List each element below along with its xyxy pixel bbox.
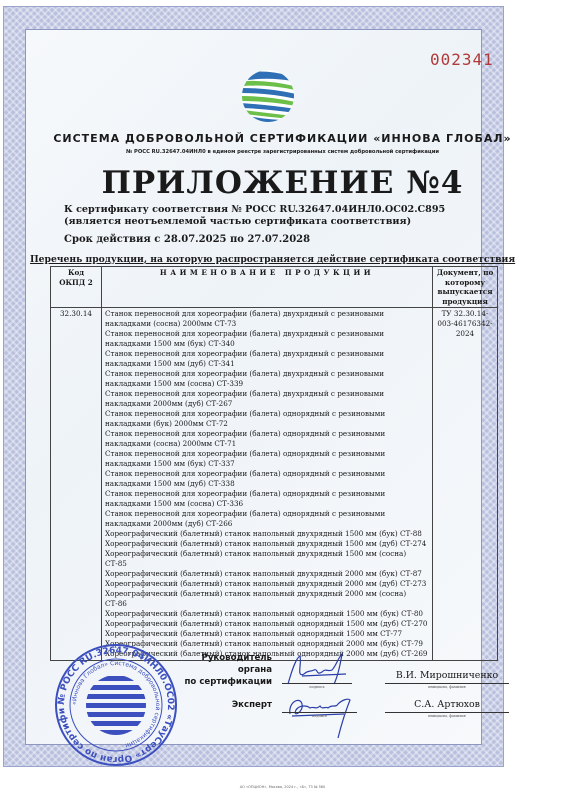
list-item: Станок переносной для хореографии (балет… (105, 389, 429, 409)
list-item: Хореографический (балетный) станок напол… (105, 569, 429, 579)
product-table: Код ОКПД 2 НАИМЕНОВАНИЕ ПРОДУКЦИИ Докуме… (50, 266, 498, 661)
head-name-line (385, 683, 509, 684)
list-item: Хореографический (балетный) станок напол… (105, 549, 429, 569)
list-item: Станок переносной для хореографии (балет… (105, 509, 429, 529)
head-role-line2: по сертификации (180, 676, 272, 688)
list-item: Станок переносной для хореографии (балет… (105, 429, 429, 449)
list-item: Станок переносной для хореографии (балет… (105, 309, 429, 329)
page-title: ПРИЛОЖЕНИЕ №4 (0, 165, 565, 201)
head-name-caption: инициалы, фамилия (385, 685, 509, 689)
header-document: Документ, по которому выпускается продук… (433, 267, 498, 308)
organization-title: СИСТЕМА ДОБРОВОЛЬНОЙ СЕРТИФИКАЦИИ «ИННОВ… (0, 132, 565, 145)
organization-registry-subtitle: № РОСС RU.32647.04ИНЛ0 в едином реестре … (0, 149, 565, 155)
globe-logo-icon (240, 68, 296, 124)
expert-role-label: Эксперт (200, 700, 272, 710)
list-item: Хореографический (балетный) станок напол… (105, 619, 429, 629)
table-row: 32.30.14 Станок переносной для хореограф… (51, 308, 498, 661)
product-list-title: Перечень продукции, на которую распростр… (30, 254, 500, 265)
expert-name-caption: инициалы, фамилия (385, 714, 509, 718)
head-name: В.И. Мирошниченко (387, 670, 507, 681)
list-item: Хореографический (балетный) станок напол… (105, 539, 429, 549)
expert-signature-line (282, 712, 357, 713)
certification-stamp-icon: № РОСС RU.32647.04ИНЛ0.ОС02 «ТауСерт» Ор… (54, 643, 178, 767)
list-item: Станок переносной для хореографии (балет… (105, 409, 429, 429)
document-cell: ТУ 32.30.14-003-46176342-2024 (433, 308, 498, 661)
product-names-cell: Станок переносной для хореографии (балет… (102, 308, 433, 661)
expert-signature-caption: подпись (282, 714, 357, 718)
list-item: Станок переносной для хореографии (балет… (105, 369, 429, 389)
certificate-integral-note: (является неотъемлемой частью сертификат… (64, 216, 445, 228)
list-item: Станок переносной для хореографии (балет… (105, 329, 429, 349)
list-item: Станок переносной для хореографии (балет… (105, 469, 429, 489)
head-signature-line (282, 683, 352, 684)
list-item: Станок переносной для хореографии (балет… (105, 489, 429, 509)
head-role-line1: Руководитель органа (180, 652, 272, 676)
printer-info: АО «ОПЦИОН», Москва, 2024 г., «Б», Т3 № … (0, 785, 565, 789)
header-product-name: НАИМЕНОВАНИЕ ПРОДУКЦИИ (102, 267, 433, 308)
head-role-label: Руководитель органа по сертификации (180, 652, 272, 688)
okpd-code-cell: 32.30.14 (51, 308, 102, 661)
head-signature-icon (282, 650, 352, 690)
list-item: Хореографический (балетный) станок напол… (105, 529, 429, 539)
list-item: Хореографический (балетный) станок напол… (105, 629, 429, 639)
validity-period: Срок действия с 28.07.2025 по 27.07.2028 (64, 234, 310, 245)
serial-number: 002341 (430, 50, 520, 69)
certificate-number-line: К сертификату соответствия № РОСС RU.326… (64, 204, 445, 216)
list-item: Хореографический (балетный) станок напол… (105, 579, 429, 589)
head-signature-caption: подпись (282, 685, 352, 689)
list-item: Станок переносной для хореографии (балет… (105, 349, 429, 369)
list-item: Хореографический (балетный) станок напол… (105, 609, 429, 619)
certificate-reference: К сертификату соответствия № РОСС RU.326… (64, 204, 445, 228)
expert-name-line (385, 712, 509, 713)
list-item: Станок переносной для хореографии (балет… (105, 449, 429, 469)
table-header-row: Код ОКПД 2 НАИМЕНОВАНИЕ ПРОДУКЦИИ Докуме… (51, 267, 498, 308)
header-code: Код ОКПД 2 (51, 267, 102, 308)
list-item: Хореографический (балетный) станок напол… (105, 589, 429, 609)
expert-name: С.А. Артюхов (387, 699, 507, 710)
